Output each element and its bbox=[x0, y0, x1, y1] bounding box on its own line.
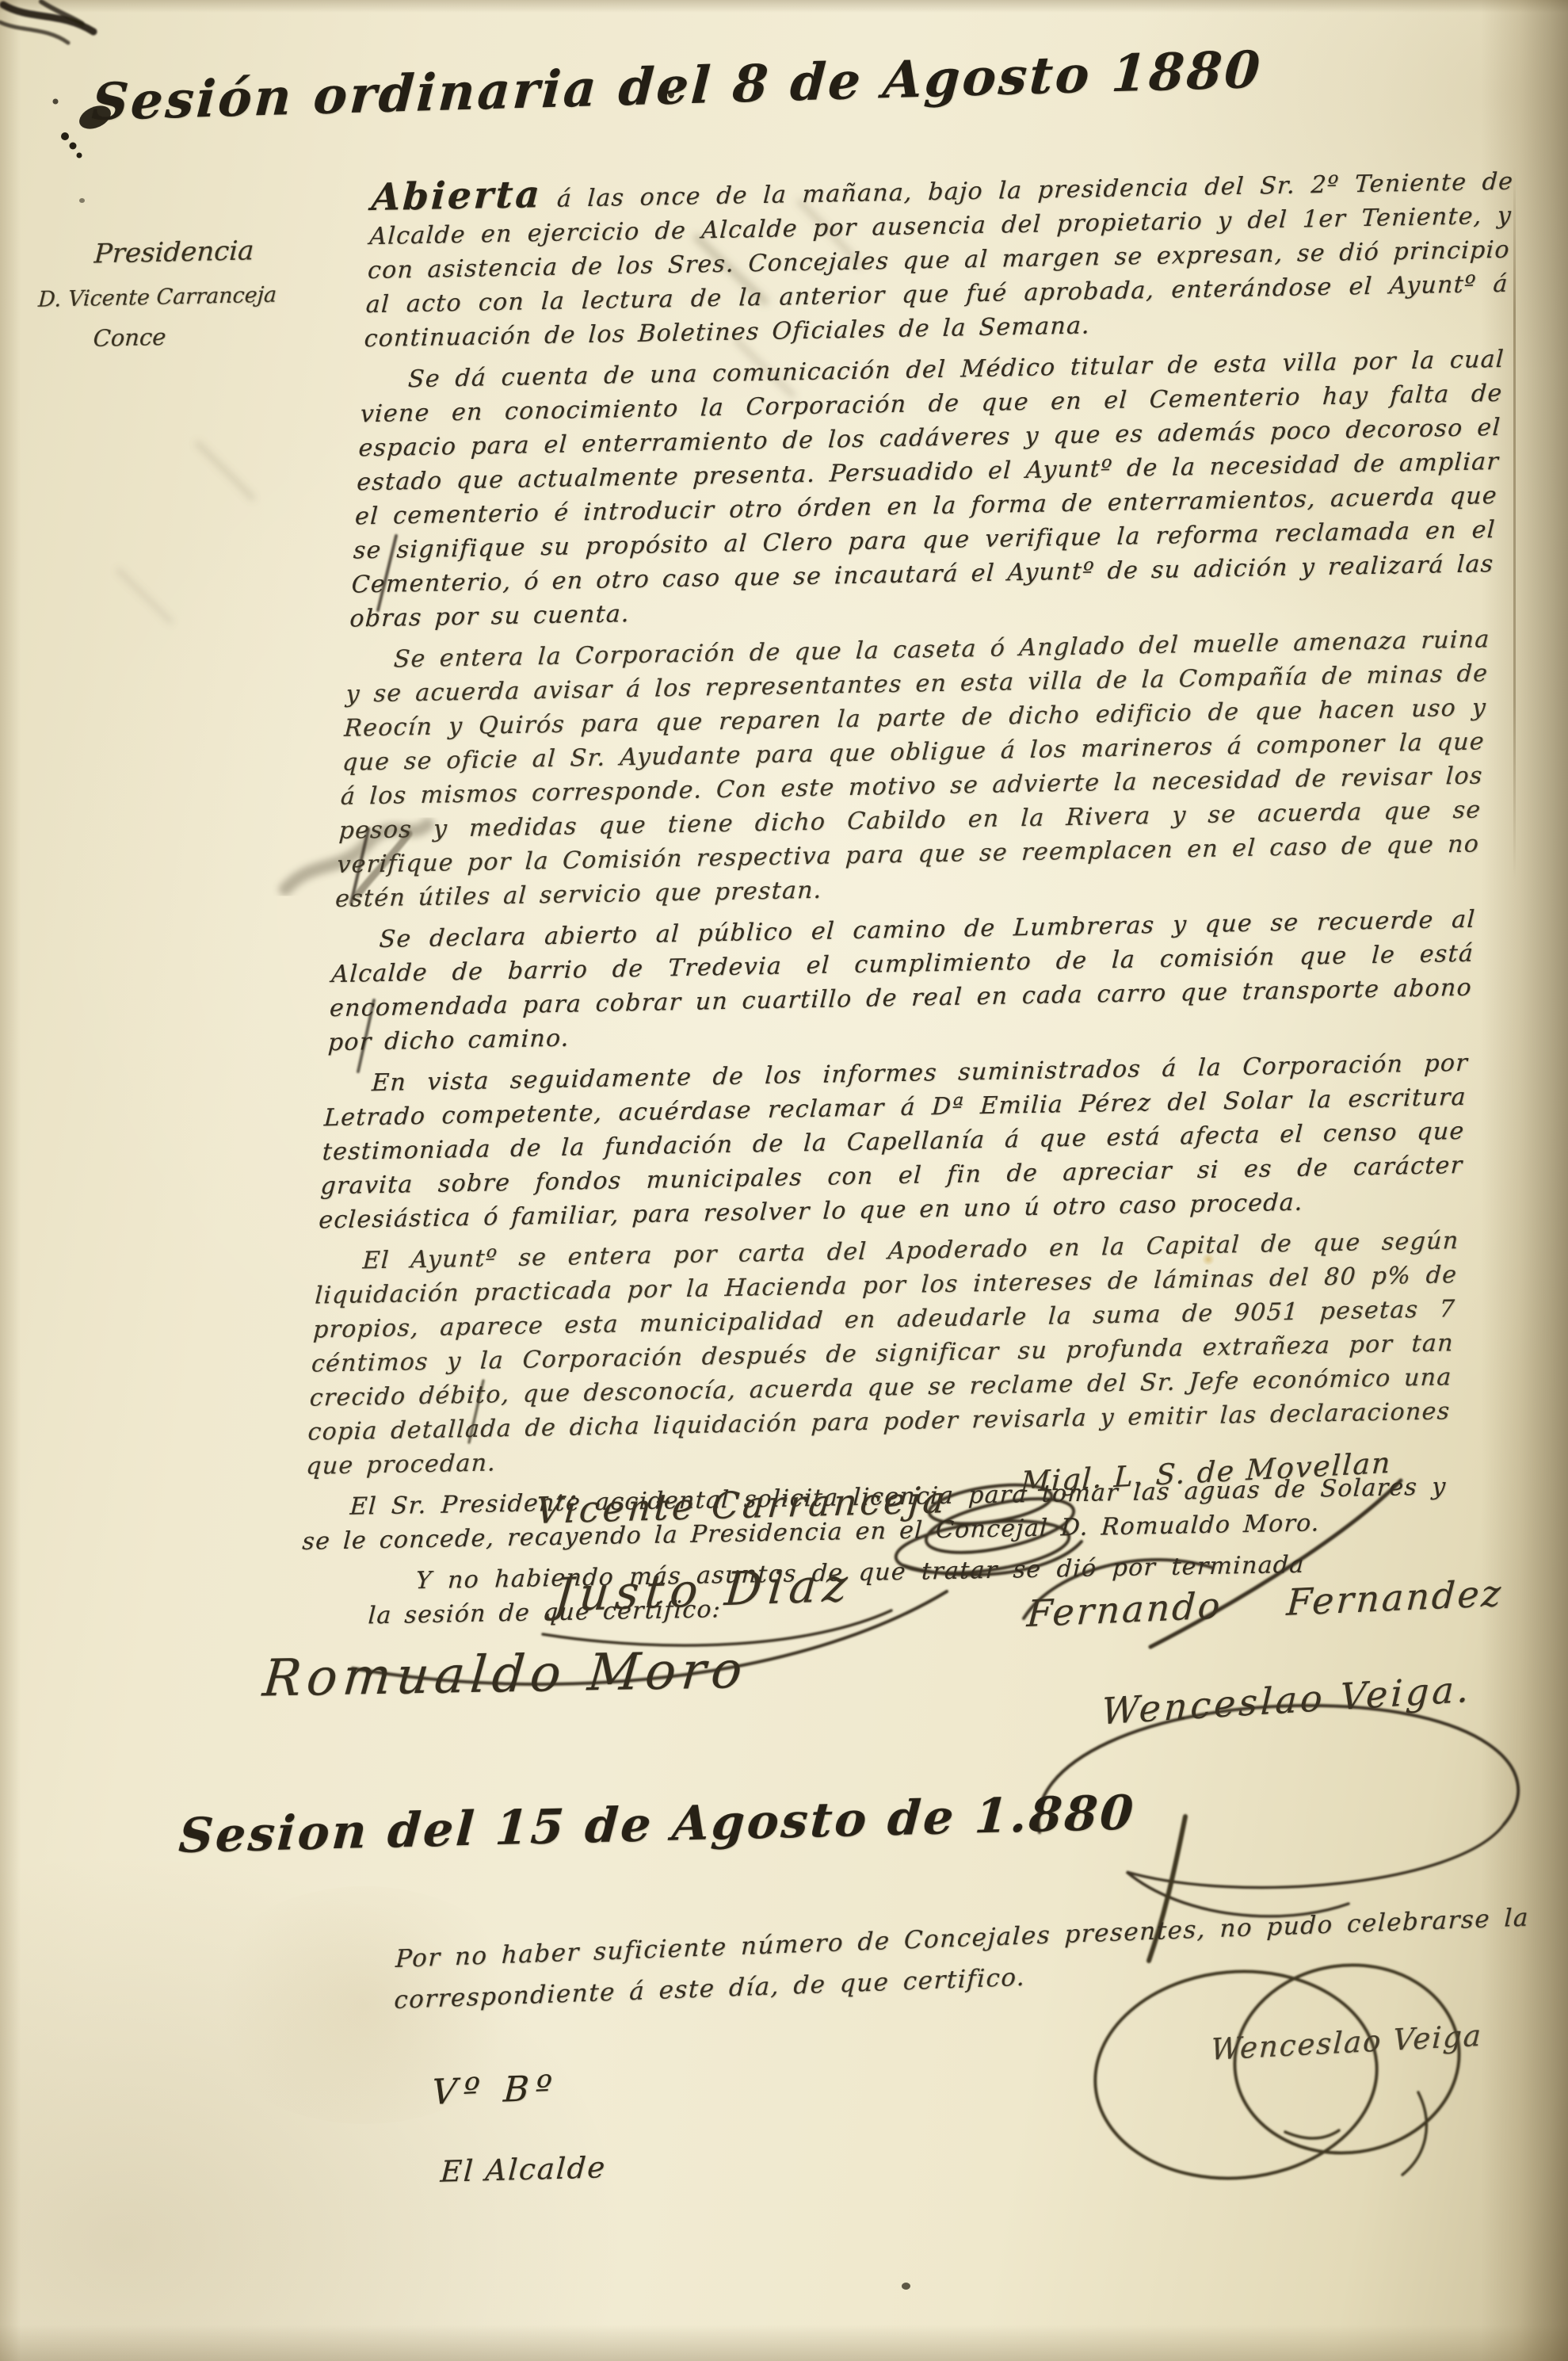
margin-president-name: D. Vicente Carranceja bbox=[37, 280, 340, 315]
visto-bueno-label: Vº Bº bbox=[431, 2068, 559, 2113]
session1-body: Abierta á las once de la mañana, bajo la… bbox=[297, 160, 1515, 1641]
session2-title: Sesion del 15 de Agosto de 1.880 bbox=[177, 1779, 1369, 1864]
page-edge-top bbox=[0, 0, 1568, 13]
alcalde-label: El Alcalde bbox=[440, 2150, 608, 2189]
paragraph: El Ayuntº se entera por carta del Apoder… bbox=[305, 1224, 1459, 1484]
signature-wenceslao-veiga-final: Wenceslao Veiga bbox=[1210, 2019, 1483, 2067]
manuscript-page: Sesión ordinaria del 8 de Agosto 1880 Pr… bbox=[0, 0, 1568, 2361]
paragraph: En vista seguidamente de los informes su… bbox=[318, 1046, 1469, 1238]
paragraph: Abierta á las once de la mañana, bajo la… bbox=[364, 160, 1515, 357]
page-edge-left bbox=[0, 0, 21, 2361]
margin-heading: Presidencia bbox=[93, 231, 342, 272]
page-edge-bottom bbox=[0, 2325, 1568, 2361]
final-signature-rubric bbox=[1086, 1817, 1471, 2190]
paragraph: Se entera la Corporación de que la caset… bbox=[334, 622, 1491, 916]
margin-note-line: Conce bbox=[93, 318, 338, 353]
opening-word: Abierta bbox=[370, 173, 543, 220]
ink-speck bbox=[902, 2283, 910, 2290]
margin-note: Presidencia D. Vicente Carranceja Conce bbox=[36, 231, 342, 354]
session2-paragraph: Por no haber suficiente número de Concej… bbox=[394, 1897, 1533, 2021]
paragraph: Se declara abierto al público el camino … bbox=[327, 903, 1477, 1060]
session1-title: Sesión ordinaria del 8 de Agosto 1880 bbox=[90, 41, 1329, 129]
signature-romualdo-moro: Romualdo Moro bbox=[261, 1641, 750, 1709]
signature-justo-diaz: Justo Diaz bbox=[552, 1557, 856, 1622]
signature-wenceslao-veiga: Wenceslao Veiga. bbox=[1101, 1668, 1472, 1733]
paragraph: Se dá cuenta de una comunicación del Méd… bbox=[349, 342, 1505, 636]
ink-speck bbox=[79, 198, 85, 203]
page-crease-line bbox=[1513, 166, 1516, 880]
